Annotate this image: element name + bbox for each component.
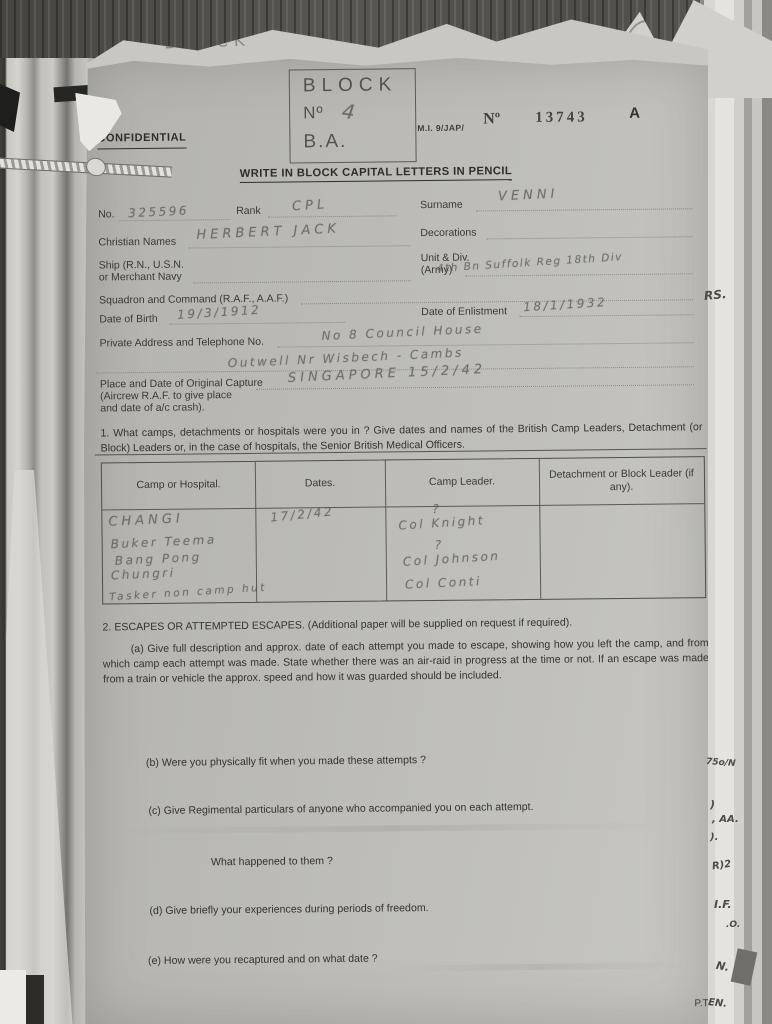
- question-2c-followup-text: What happened to them ?: [211, 851, 611, 870]
- camp-entry: CHANGI: [108, 511, 184, 529]
- page-content: CONFIDENTIAL BLOCK Nº 4 B.A. M.I. 9/JAP/…: [83, 50, 717, 1024]
- block-number-stamp-box: BLOCK Nº 4 B.A.: [289, 68, 417, 163]
- date-of-birth-label: Date of Birth: [99, 313, 158, 327]
- margin-mark: .O.: [726, 920, 740, 930]
- question-2b-text: (b) Were you physically fit when you mad…: [146, 750, 686, 771]
- pencil-smear: [111, 823, 671, 835]
- ship-label-line2: or Merchant Navy: [99, 271, 182, 285]
- christian-names-label: Christian Names: [98, 236, 176, 250]
- address-line-1: [278, 341, 694, 347]
- stamp-no-value: 4: [341, 99, 359, 125]
- form-instruction-title: WRITE IN BLOCK CAPITAL LETTERS IN PENCIL: [240, 164, 512, 183]
- question-2c-text: (c) Give Regimental particulars of anyon…: [148, 798, 688, 819]
- decorations-line: [486, 235, 692, 239]
- surname-field-line: [476, 207, 692, 211]
- surname-label: Surname: [420, 199, 463, 213]
- scanned-document-photo: { "header": { "confidential": "CONFIDENT…: [0, 0, 772, 1024]
- private-address-label: Private Address and Telephone No.: [99, 336, 264, 351]
- no-label: No.: [98, 208, 114, 221]
- rank-field-line: [268, 214, 396, 217]
- reference-number: 13743: [535, 108, 588, 127]
- squadron-line: [301, 298, 693, 304]
- camp-entry: Bang Pong: [115, 550, 202, 568]
- date-of-enlistment-label: Date of Enlistment: [421, 305, 507, 319]
- question-2a-text: (a) Give full description and approx. da…: [103, 636, 709, 687]
- stamp-block-label: BLOCK: [303, 74, 398, 97]
- decorations-label: Decorations: [420, 227, 476, 241]
- rank-value: CPL: [292, 197, 329, 214]
- reference-suffix: A: [629, 105, 640, 124]
- christian-names-value: HERBERT JACK: [196, 221, 340, 242]
- ship-line: [193, 279, 411, 283]
- margin-mark: RS.: [703, 287, 727, 303]
- margin-mark: , AA.: [712, 814, 739, 825]
- stamp-no-label: Nº: [303, 103, 324, 123]
- question-2-heading: 2. ESCAPES OR ATTEMPTED ESCAPES. (Additi…: [102, 614, 706, 635]
- unit-div-line: [465, 272, 693, 276]
- confidential-stamp: CONFIDENTIAL: [97, 132, 186, 150]
- camp-entry: Buker Teema: [110, 532, 217, 551]
- page-edges-right: [700, 0, 772, 1024]
- leader-entry: ?: [435, 538, 444, 552]
- no-value: 325596: [128, 203, 189, 220]
- margin-mark: N.: [715, 959, 730, 974]
- margin-mark: EN.: [708, 997, 728, 1010]
- address-value-line1: No 8 Council House: [321, 322, 484, 343]
- camp-entry: Tasker non camp hut: [109, 582, 267, 604]
- leader-entry: ?: [432, 502, 441, 516]
- leader-entry: Col Conti: [405, 574, 482, 591]
- margin-mark: ): [710, 798, 715, 811]
- bottom-left-paper-edge: [0, 970, 26, 1024]
- question-2d-text: (d) Give briefly your experiences during…: [149, 898, 689, 919]
- bottom-left-dark-edge: [26, 975, 44, 1024]
- stamp-ba-label: B.A.: [303, 131, 347, 153]
- reference-no-label: Nº: [483, 109, 500, 129]
- camps-table: Camp or Hospital. Dates. Camp Leader. De…: [101, 456, 706, 604]
- margin-mark: ).: [710, 832, 718, 843]
- date-of-enlistment-line: [519, 313, 693, 317]
- christian-names-line: [189, 244, 411, 248]
- table-header-camp: Camp or Hospital.: [102, 462, 255, 510]
- surname-value: VENNI: [498, 187, 559, 205]
- mi9-reference-prefix: M.I. 9/JAP/: [417, 123, 464, 134]
- margin-mark: I.F.: [714, 898, 732, 911]
- capture-label-line3: and date of a/c crash).: [100, 401, 205, 415]
- questionnaire-page: CONFIDENTIAL BLOCK Nº 4 B.A. M.I. 9/JAP/…: [84, 56, 708, 1024]
- table-header-detachment: Detachment or Block Leader (if any).: [539, 457, 704, 505]
- margin-mark: 75o/N: [706, 757, 736, 769]
- table-header-dates: Dates.: [255, 460, 385, 507]
- leader-entry: Col Johnson: [402, 549, 500, 569]
- table-header-leader: Camp Leader.: [385, 459, 539, 507]
- leader-entry: Col Knight: [398, 513, 485, 532]
- date-of-enlistment-value: 18/1/1932: [523, 295, 608, 314]
- camp-entry: Chungri: [111, 566, 176, 583]
- date-of-birth-line: [169, 321, 345, 325]
- rank-label: Rank: [236, 205, 261, 218]
